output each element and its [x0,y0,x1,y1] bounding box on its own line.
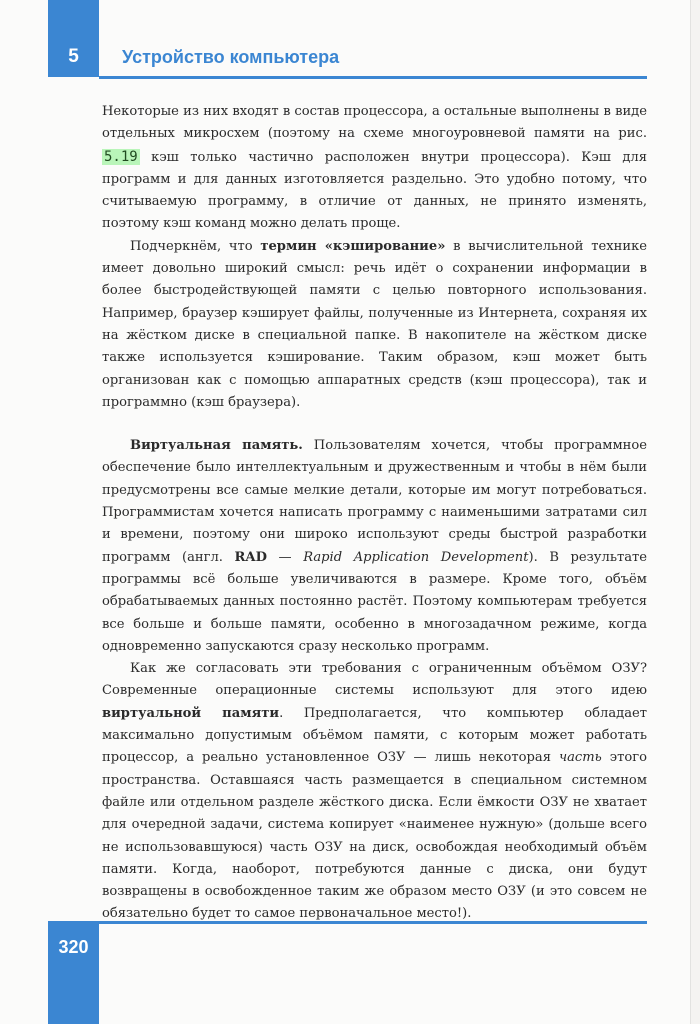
body-text: Некоторые из них входят в состав процесс… [102,101,647,926]
section-heading-virtual-memory: Виртуальная память. [130,438,303,453]
chapter-number: 5 [48,46,99,68]
chapter-title: Устройство компьютера [122,47,339,68]
term-rad: RAD [235,550,267,565]
figure-reference-link[interactable]: 5.19 [102,149,140,165]
term-rad-expansion: Rapid Application Development [303,550,528,565]
footer-divider [99,921,647,924]
term-caching: термин «кэширование» [260,239,445,254]
paragraph-caching-term: Подчеркнём, что термин «кэширование» в в… [102,236,647,414]
textbook-page: 5 Устройство компьютера Некоторые из них… [0,0,691,1024]
paragraph-cache-intro: Некоторые из них входят в состав процесс… [102,101,647,236]
term-virtual-memory: виртуальной памяти [102,706,279,721]
paragraph-virtual-memory: Виртуальная память. Пользователям хочетс… [102,435,647,658]
paragraph-virtual-memory-idea: Как же согласовать эти требования с огра… [102,658,647,926]
page-number: 320 [48,937,99,958]
emphasis-part: часть [559,750,602,765]
header-divider [99,76,647,79]
